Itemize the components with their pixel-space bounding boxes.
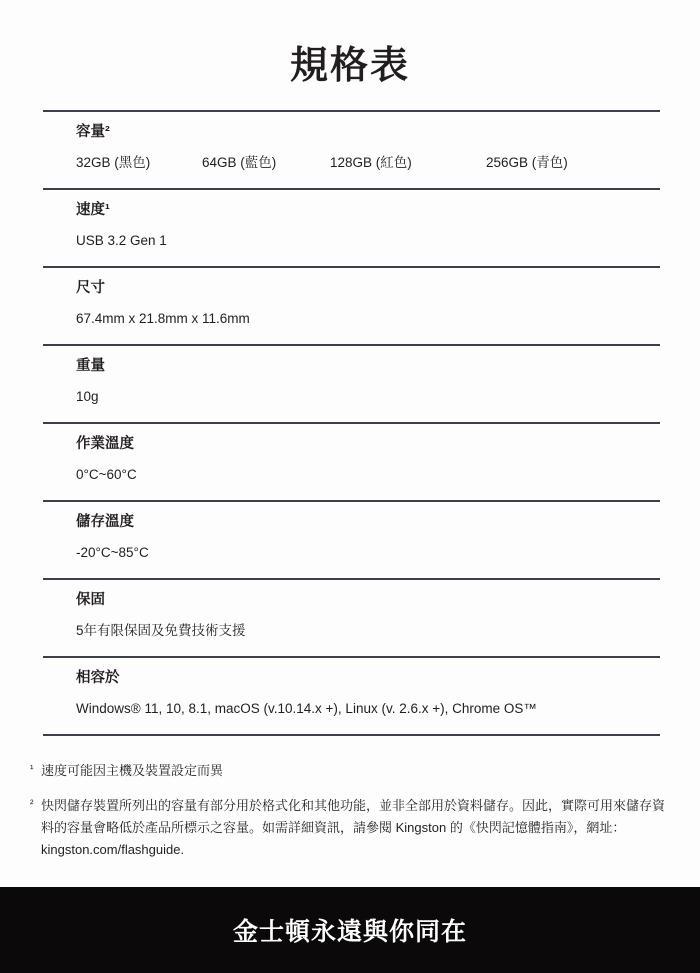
capacity-option: 32GB (黑色) — [76, 153, 202, 172]
spec-section-speed: 速度¹ USB 3.2 Gen 1 — [43, 188, 660, 266]
footnote-speed: ¹ 速度可能因主機及裝置設定而異 — [30, 760, 674, 782]
section-label: 相容於 — [76, 669, 660, 687]
capacity-option: 256GB (青色) — [486, 153, 568, 172]
page-title: 規格表 — [0, 0, 700, 88]
section-value: USB 3.2 Gen 1 — [76, 231, 660, 250]
spec-section-capacity: 容量² 32GB (黑色) 64GB (藍色) 128GB (紅色) 256GB… — [43, 110, 660, 188]
footnote-marker: ¹ — [30, 760, 41, 777]
footnotes: ¹ 速度可能因主機及裝置設定而異 ² 快閃儲存裝置所列出的容量有部分用於格式化和… — [30, 760, 674, 861]
section-value: 5年有限保固及免費技術支援 — [76, 621, 660, 640]
spec-table: 容量² 32GB (黑色) 64GB (藍色) 128GB (紅色) 256GB… — [43, 110, 660, 736]
section-value: Windows® 11, 10, 8.1, macOS (v.10.14.x +… — [76, 699, 660, 718]
spec-section-operating-temp: 作業溫度 0°C~60°C — [43, 422, 660, 500]
footer-banner: 金士頓永遠與你同在 — [0, 887, 700, 973]
section-label: 作業溫度 — [76, 435, 660, 453]
footnote-text: 速度可能因主機及裝置設定而異 — [41, 760, 674, 782]
section-label: 儲存溫度 — [76, 513, 660, 531]
section-label: 尺寸 — [76, 279, 660, 297]
section-label: 速度¹ — [76, 201, 660, 219]
spec-section-dimensions: 尺寸 67.4mm x 21.8mm x 11.6mm — [43, 266, 660, 344]
capacity-options-row: 32GB (黑色) 64GB (藍色) 128GB (紅色) 256GB (青色… — [76, 153, 660, 172]
capacity-option: 64GB (藍色) — [202, 153, 330, 172]
section-label: 容量² — [76, 123, 660, 141]
spec-section-weight: 重量 10g — [43, 344, 660, 422]
footer-tagline: 金士頓永遠與你同在 — [233, 912, 467, 948]
spec-section-compatibility: 相容於 Windows® 11, 10, 8.1, macOS (v.10.14… — [43, 656, 660, 736]
section-value: 67.4mm x 21.8mm x 11.6mm — [76, 309, 660, 328]
footnote-text: 快閃儲存裝置所列出的容量有部分用於格式化和其他功能，並非全部用於資料儲存。因此，… — [41, 795, 674, 861]
footnote-capacity: ² 快閃儲存裝置所列出的容量有部分用於格式化和其他功能，並非全部用於資料儲存。因… — [30, 795, 674, 861]
spec-sheet-page: 規格表 容量² 32GB (黑色) 64GB (藍色) 128GB (紅色) 2… — [0, 0, 700, 973]
capacity-option: 128GB (紅色) — [330, 153, 486, 172]
section-label: 保固 — [76, 591, 660, 609]
section-value: 10g — [76, 387, 660, 406]
spec-section-storage-temp: 儲存溫度 -20°C~85°C — [43, 500, 660, 578]
spec-section-warranty: 保固 5年有限保固及免費技術支援 — [43, 578, 660, 656]
section-value: -20°C~85°C — [76, 543, 660, 562]
section-label: 重量 — [76, 357, 660, 375]
section-value: 0°C~60°C — [76, 465, 660, 484]
footnote-marker: ² — [30, 795, 41, 812]
